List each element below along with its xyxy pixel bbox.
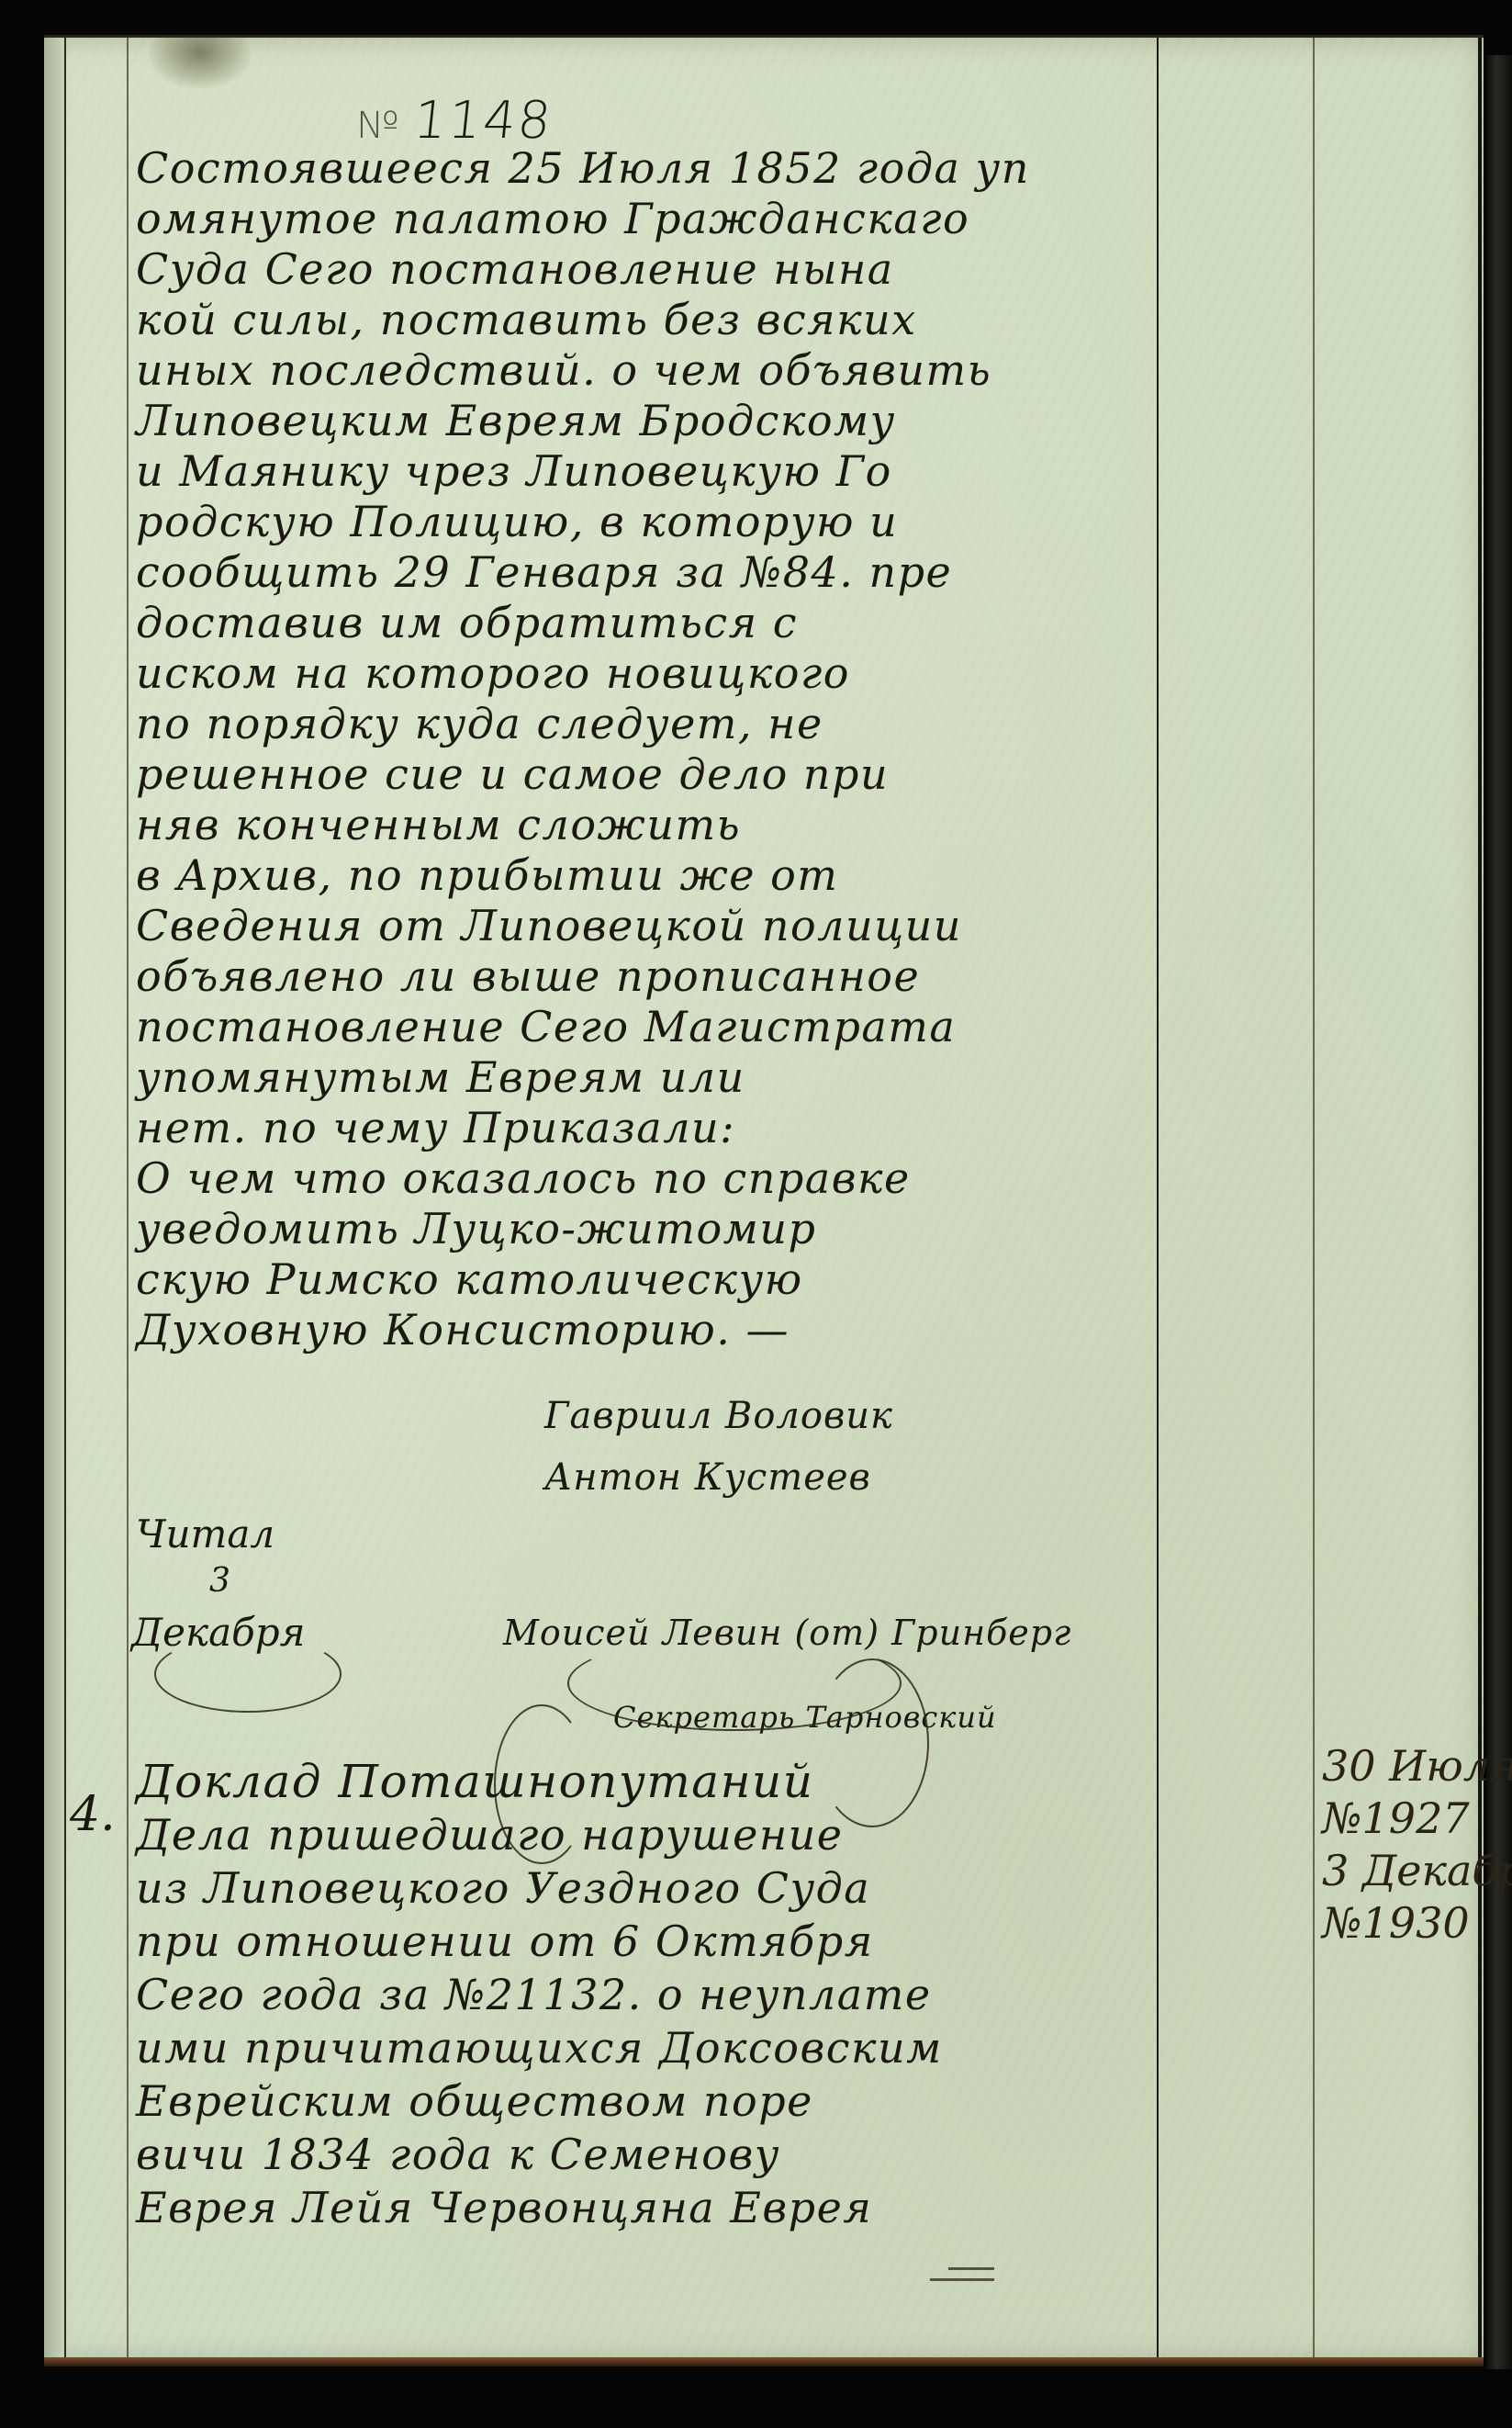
- text-line: и Маянику чрез Липовецкую Го: [136, 446, 892, 496]
- entry-number: 4.: [70, 1787, 116, 1842]
- folio-prefix: №: [356, 105, 401, 147]
- text-line: вичи 1834 года к Семенову: [136, 2130, 780, 2179]
- signature-kusteev: Антон Кустеев: [544, 1456, 871, 1499]
- folio-value: 1148: [410, 91, 554, 151]
- signature-volovik: Гавриил Воловик: [544, 1395, 893, 1437]
- text-line: Липовецким Евреям Бродскому: [136, 396, 896, 445]
- text-line: при отношении от 6 Октября: [136, 1917, 874, 1966]
- text-line: Сего года за №21132. о неуплате: [136, 1970, 932, 2019]
- page-right-edge: [1478, 38, 1482, 2361]
- text-line: сообщить 29 Генваря за №84. пре: [136, 547, 952, 597]
- text-line: по порядку куда следует, не: [136, 699, 823, 748]
- text-line: няв конченным сложить: [136, 800, 741, 849]
- text-line: ими причитающихся Доксовским: [136, 2023, 943, 2073]
- adjacent-page-edge: [1486, 55, 1512, 2369]
- text-line: постановление Сего Магистрата: [136, 1002, 956, 1051]
- register-page: №1148 Состоявшееся 25 Июля 1852 года уп …: [44, 35, 1484, 2361]
- margin-rule: [127, 38, 129, 2361]
- text-line: Состоявшееся 25 Июля 1852 года уп: [136, 143, 1030, 193]
- closing-dash: [930, 2278, 994, 2281]
- text-line: скую Римско католическую: [136, 1254, 803, 1304]
- text-line: Дела пришедшаго нарушение: [136, 1810, 843, 1860]
- middle-column-rule: [1313, 38, 1315, 2361]
- right-note-number-2: №1930: [1322, 1898, 1470, 1948]
- text-column-rule: [1157, 38, 1159, 2361]
- text-line: уведомить Луцко-житомир: [136, 1204, 816, 1253]
- right-note-number-1: №1927: [1322, 1793, 1470, 1843]
- text-line: Суда Сего постановление нына: [136, 244, 894, 294]
- text-line: решенное сие и самое дело при: [136, 749, 889, 799]
- folio-number: №1148: [356, 91, 552, 151]
- text-line: иском на которого новицкого: [136, 648, 850, 698]
- margin-note-read: Читал: [136, 1512, 274, 1557]
- text-line: Доклад Поташнопутаний: [136, 1755, 813, 1808]
- text-line: из Липовецкого Уездного Суда: [136, 1863, 870, 1913]
- page-gutter: [44, 38, 66, 2361]
- margin-flourish: [154, 1636, 342, 1713]
- text-line: омянутое палатою Гражданскаго: [136, 194, 969, 243]
- text-line: Еврейским обществом поре: [136, 2076, 813, 2126]
- text-line: Еврея Лейя Червонцяна Еврея: [136, 2183, 872, 2232]
- text-line: объявлено ли выше прописанное: [136, 951, 920, 1001]
- text-line: Духовную Консисторию. —: [136, 1305, 790, 1355]
- right-note-date-1: 30 Июля: [1322, 1741, 1512, 1791]
- text-line: доставив им обратиться с: [136, 598, 798, 647]
- text-line: упомянутым Евреям или: [136, 1052, 745, 1102]
- text-line: Сведения от Липовецкой полиции: [136, 901, 962, 950]
- closing-dash: [948, 2267, 994, 2270]
- right-note-date-2: 3 Декабря: [1322, 1846, 1512, 1895]
- text-line: родскую Полицию, в которую и: [136, 497, 898, 546]
- torn-corner-stain: [150, 38, 251, 88]
- text-line: в Архив, по прибытии же от: [136, 850, 838, 900]
- text-line: иных последствий. о чем объявить: [136, 345, 991, 395]
- text-line: кой силы, поставить без всяких: [136, 295, 917, 344]
- text-line: нет. по чему Приказали:: [136, 1103, 735, 1152]
- margin-note-day: 3: [209, 1562, 230, 1600]
- signature-flourish-right: [815, 1658, 929, 1827]
- text-line: О чем что оказалось по справке: [136, 1153, 911, 1203]
